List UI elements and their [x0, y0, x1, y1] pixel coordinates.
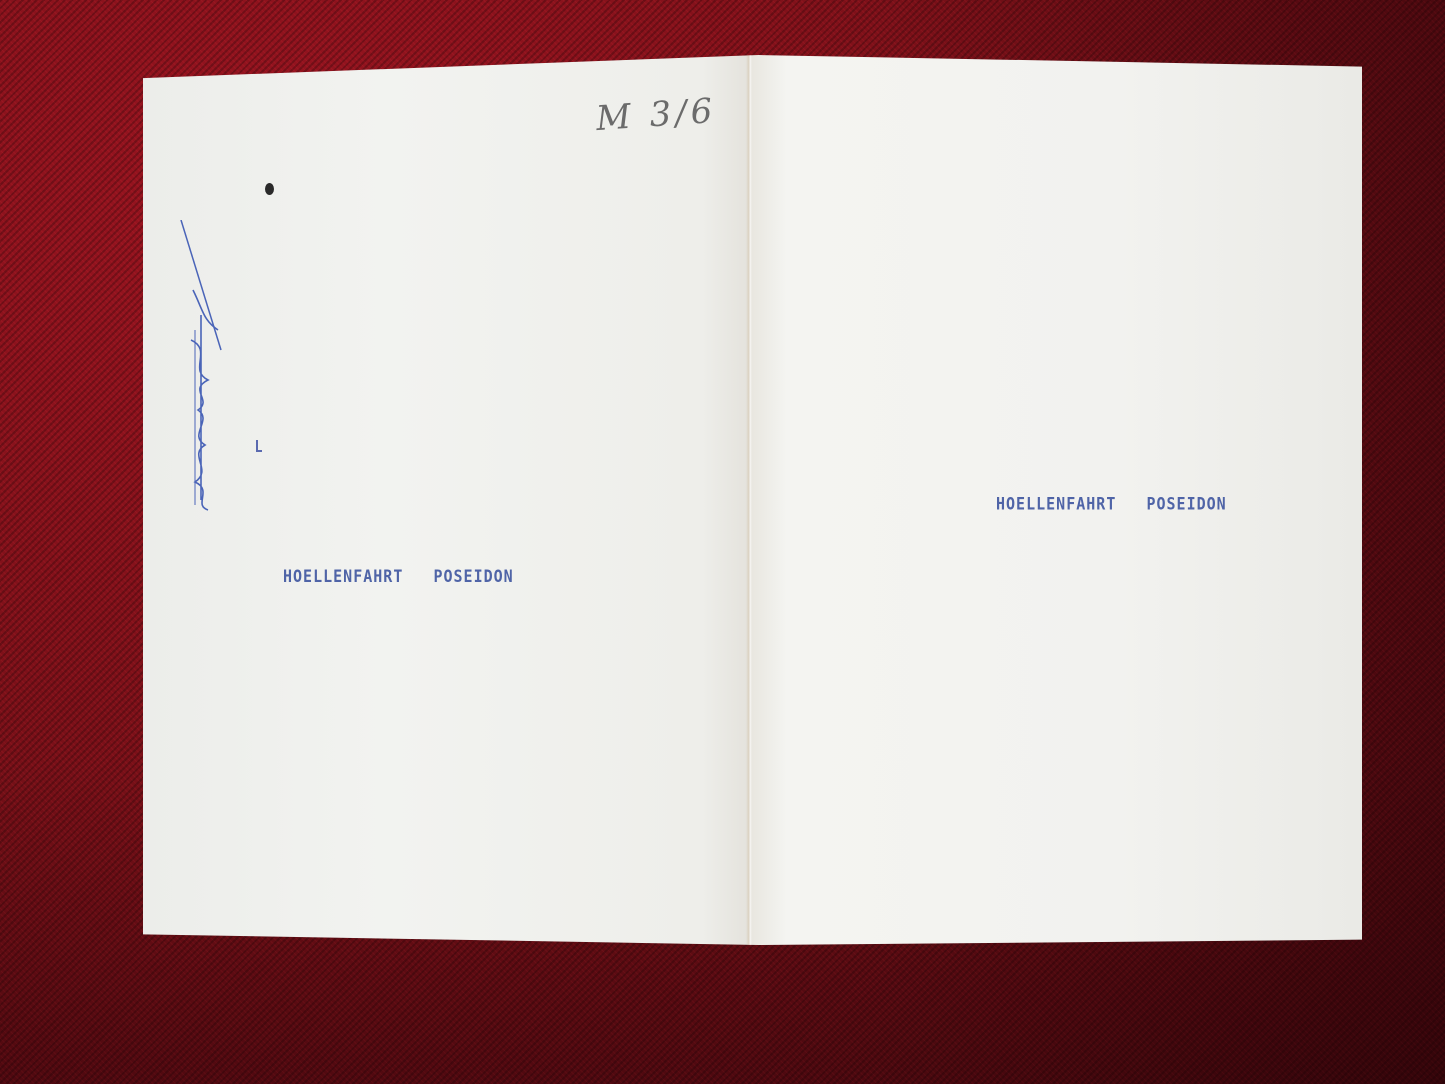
- folded-document: M 3/6 Hollerbach HOELLENFAHRT POSEIDON H…: [143, 55, 1362, 945]
- stamp-right: HOELLENFAHRT POSEIDON: [996, 494, 1227, 515]
- handwritten-reference: M 3/6: [595, 91, 718, 139]
- document-left-panel: [143, 55, 750, 945]
- signature-icon: [173, 220, 233, 520]
- fold-crease: [746, 55, 752, 945]
- ink-spot: [265, 183, 274, 195]
- stamp-left: HOELLENFAHRT POSEIDON: [283, 566, 514, 587]
- pen-mark: [256, 440, 258, 452]
